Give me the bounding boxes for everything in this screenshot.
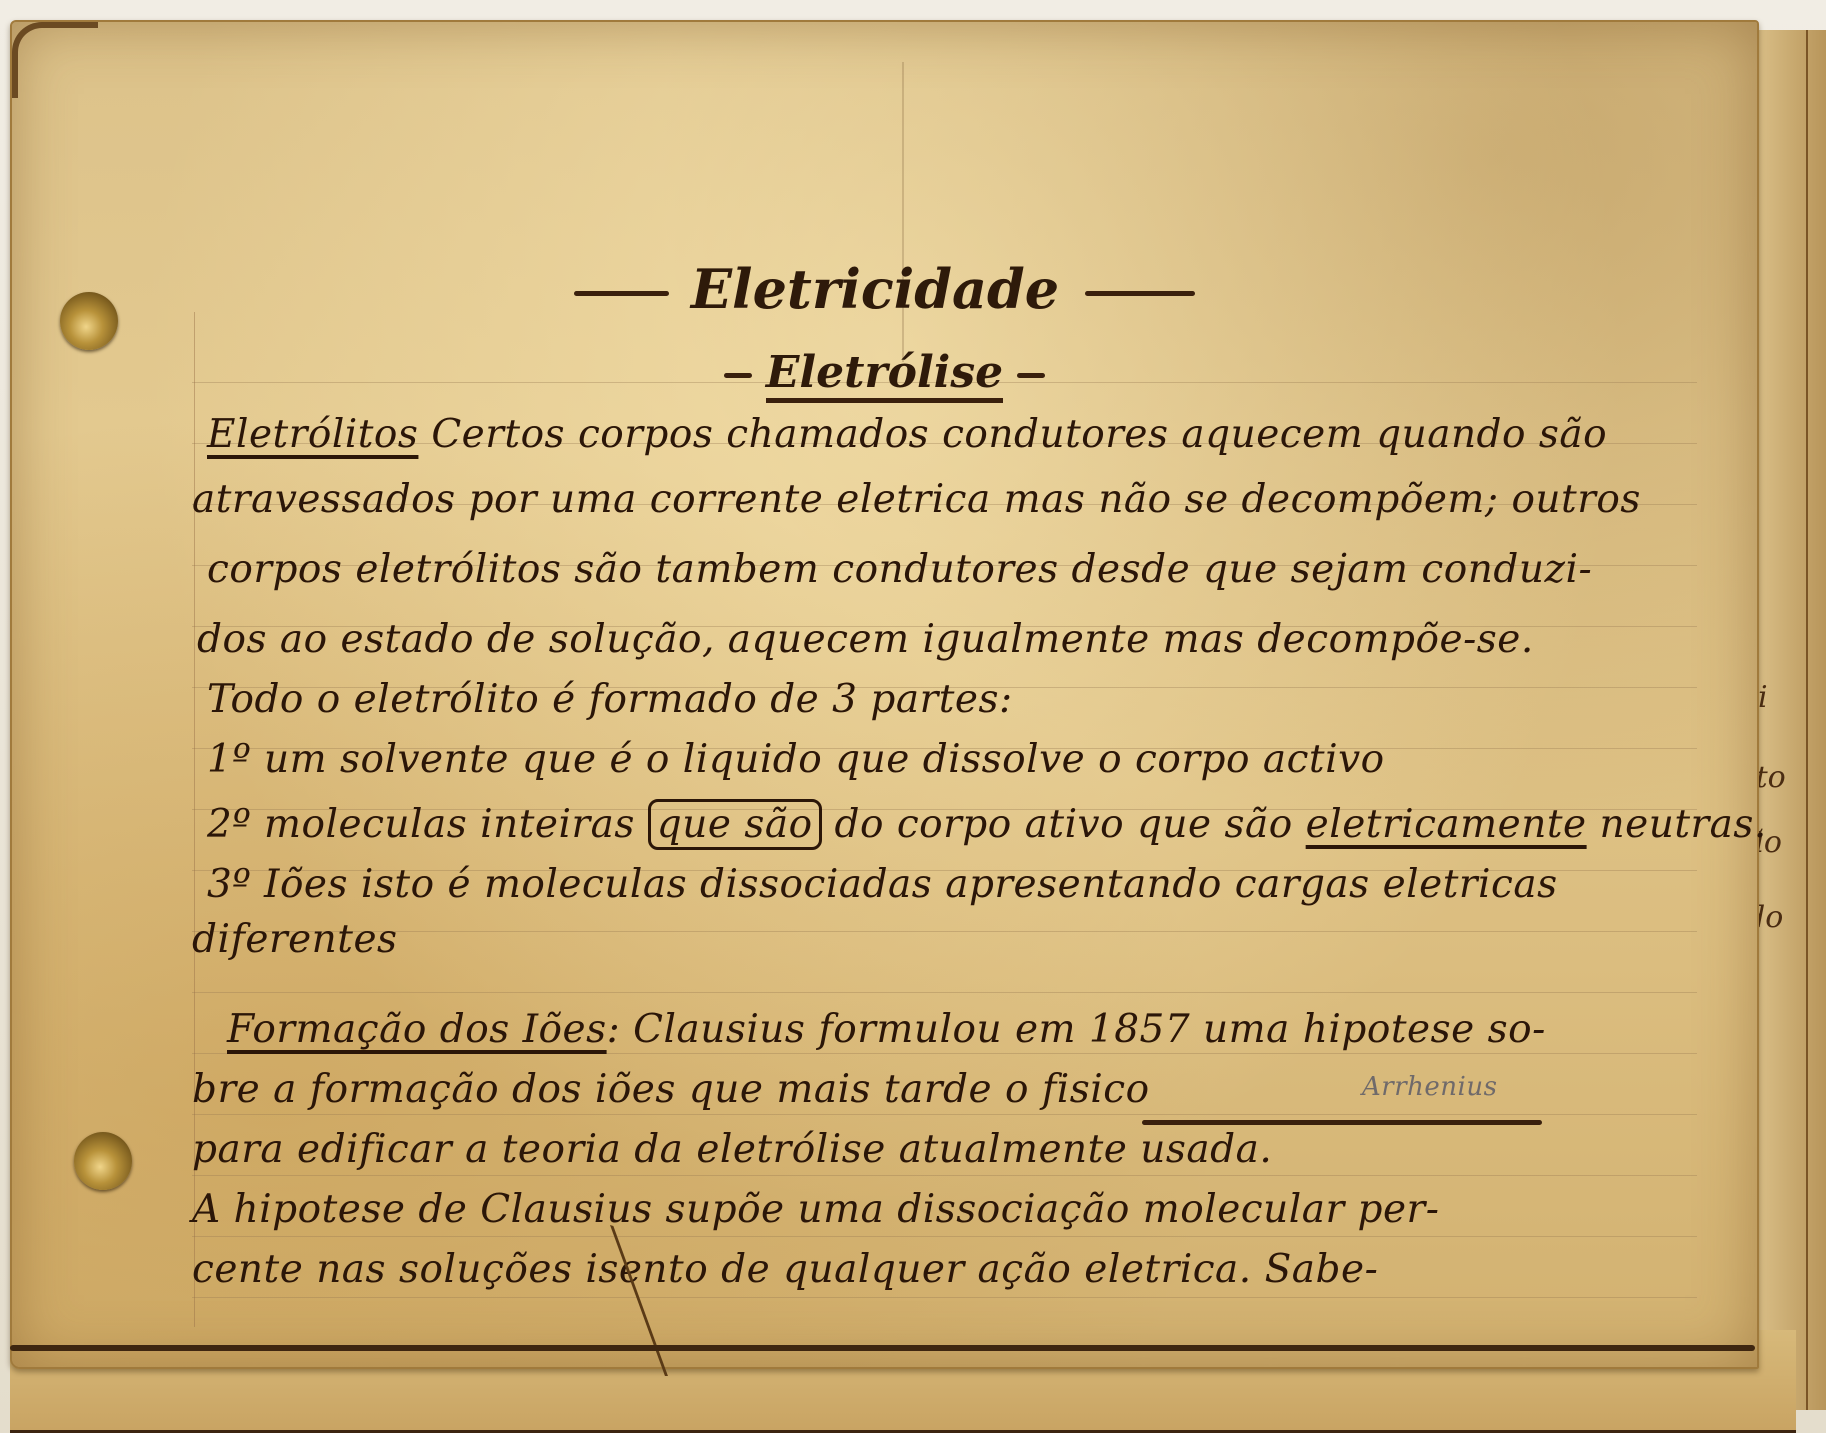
boxed-annotation: que são: [648, 799, 822, 850]
section-heading: Eletrólitos: [207, 412, 418, 457]
line-text: neutras.: [1587, 802, 1767, 847]
line-text: para edificar a teoria da eletrólise atu…: [192, 1127, 1272, 1172]
title-dash: [1085, 291, 1195, 296]
line-text: do corpo ativo que são: [822, 802, 1306, 847]
list-item: 1º um solvente que é o liquido que disso…: [207, 737, 1385, 782]
text-line: cente nas soluções isento de qualquer aç…: [192, 1247, 1378, 1292]
blank-fill-line: [1142, 1120, 1542, 1125]
text-line: corpos eletrólitos são tambem condutores…: [207, 547, 1592, 592]
pencil-note: Arrhenius: [1362, 1072, 1497, 1102]
title-dash: [574, 291, 669, 296]
worn-corner: [12, 22, 98, 98]
line-text: A hipotese de Clausius supõe uma dissoci…: [192, 1187, 1439, 1232]
notebook-page: Eletricidade Eletrólise Eletrólitos Cert…: [10, 20, 1759, 1369]
text-line: diferentes: [192, 917, 398, 962]
line-text: 3º Iões isto é moleculas dissociadas apr…: [207, 862, 1558, 907]
text-line: Eletrólitos Certos corpos chamados condu…: [207, 412, 1607, 457]
line-text: : Clausius formulou em 1857 uma hipotese…: [607, 1007, 1546, 1052]
line-text: bre a formação dos iões que mais tarde o…: [192, 1067, 1150, 1112]
page-subtitle: Eletrólise: [12, 347, 1757, 398]
line-text: diferentes: [192, 917, 398, 962]
text-line: para edificar a teoria da eletrólise atu…: [192, 1127, 1272, 1172]
brass-rivet-icon: [74, 1132, 132, 1190]
subtitle-dash: [724, 373, 752, 378]
page-edge: [1806, 30, 1808, 1410]
text-line: A hipotese de Clausius supõe uma dissoci…: [192, 1187, 1439, 1232]
section-heading: Formação dos Iões: [227, 1007, 607, 1052]
margin-rule: [194, 312, 195, 1327]
line-text: Certos corpos chamados condutores aquece…: [418, 412, 1607, 457]
text-line: atravessados por uma corrente eletrica m…: [192, 477, 1641, 522]
title-text: Eletricidade: [691, 257, 1059, 321]
subtitle-dash: [1017, 373, 1045, 378]
line-text: 1º um solvente que é o liquido que disso…: [207, 737, 1385, 782]
list-item: 2º moleculas inteiras que são do corpo a…: [207, 802, 1767, 847]
line-text: cente nas soluções isento de qualquer aç…: [192, 1247, 1378, 1292]
line-text: 2º moleculas inteiras: [207, 802, 648, 847]
text-line: dos ao estado de solução, aquecem igualm…: [197, 617, 1534, 662]
subtitle-text: Eletrólise: [766, 347, 1003, 403]
text-line: Formação dos Iões: Clausius formulou em …: [227, 1007, 1546, 1052]
underlined-word: eletricamente: [1306, 802, 1587, 847]
line-text: dos ao estado de solução, aquecem igualm…: [197, 617, 1534, 662]
list-item: 3º Iões isto é moleculas dissociadas apr…: [207, 862, 1558, 907]
page-title: Eletricidade: [12, 257, 1757, 321]
text-line: bre a formação dos iões que mais tarde o…: [192, 1067, 1150, 1112]
text-line: Todo o eletrólito é formado de 3 partes:: [207, 677, 1013, 722]
line-text: Todo o eletrólito é formado de 3 partes:: [207, 677, 1013, 722]
line-text: atravessados por uma corrente eletrica m…: [192, 477, 1641, 522]
page-bottom-edge: [10, 1345, 1755, 1351]
line-text: corpos eletrólitos são tambem condutores…: [207, 547, 1592, 592]
